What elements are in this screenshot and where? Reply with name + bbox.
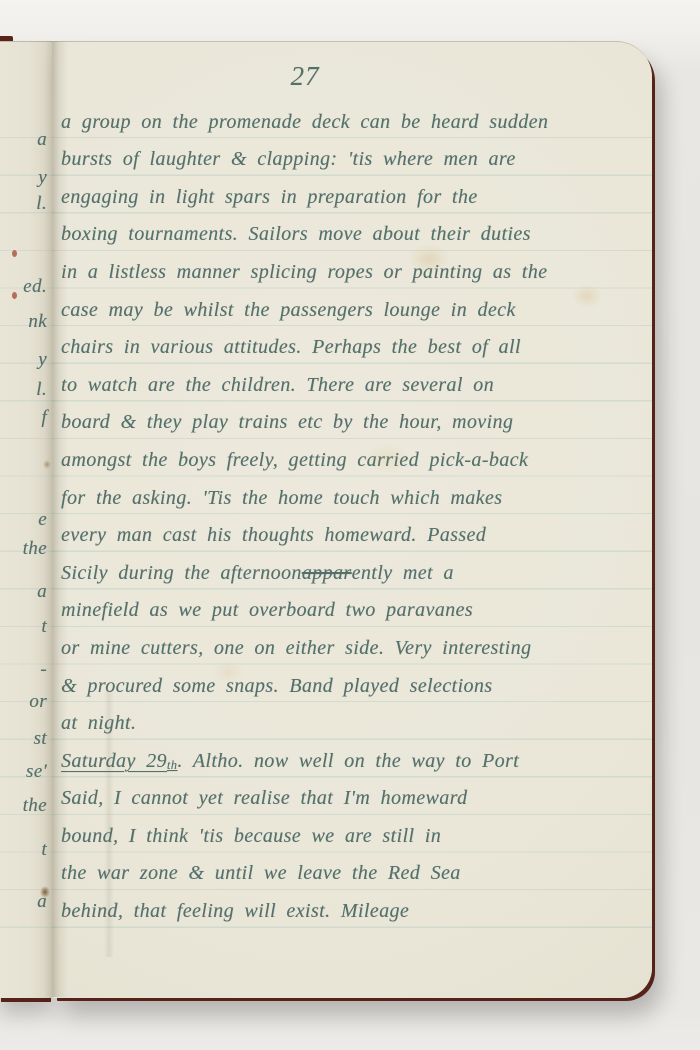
diary-line: for the asking. 'Tis the home touch whic… — [61, 476, 647, 514]
diary-line: board & they play trains etc by the hour… — [61, 401, 647, 439]
diary-line: or mine cutters, one on either side. Ver… — [61, 626, 647, 664]
diary-line-segment: & procured some snaps. Band played selec… — [61, 675, 492, 698]
text-fragment: st — [34, 728, 47, 750]
diary-line-segment: to watch are the children. There are sev… — [61, 374, 494, 397]
diary-line-segment: minefield as we put overboard two parava… — [61, 599, 473, 622]
text-fragment: y — [38, 167, 47, 189]
text-fragment: ed. — [23, 276, 47, 298]
page-number: 27 — [5, 61, 605, 92]
diary-line: amongst the boys freely, getting carried… — [61, 438, 647, 476]
previous-page-edge: ayl.ed.nkyl.fetheat-orstse'theta — [0, 41, 52, 998]
diary-line-segment: bound, I think 'tis because we are still… — [61, 825, 441, 848]
diary-line: Sicily during the afternoon apparently m… — [61, 551, 647, 589]
diary-line-segment: the war zone & until we leave the Red Se… — [61, 862, 461, 885]
text-fragment: se' — [26, 761, 47, 783]
text-fragment: t — [41, 839, 47, 861]
diary-line: every man cast his thoughts homeward. Pa… — [61, 514, 647, 552]
diary-line: bursts of laughter & clapping: 'tis wher… — [61, 138, 647, 176]
diary-line-segment: behind, that feeling will exist. Mileage — [61, 900, 409, 923]
diary-page: 27 a group on the promenade deck can be … — [52, 41, 652, 998]
text-fragment: l. — [36, 379, 47, 401]
diary-line-segment: . Altho. now well on the way to Port — [177, 750, 519, 773]
text-fragment: the — [23, 795, 47, 817]
text-fragment: t — [41, 616, 47, 638]
diary-line-segment: Sicily during the afternoon — [61, 562, 302, 585]
diary-line-segment: or mine cutters, one on either side. Ver… — [61, 637, 531, 660]
text-fragment: l. — [36, 193, 47, 215]
diary-line-segment: every man cast his thoughts homeward. Pa… — [61, 524, 486, 547]
diary-line: engaging in light spars in preparation f… — [61, 175, 647, 213]
diary-line-segment: th — [167, 758, 177, 773]
diary-line: at night. — [61, 702, 647, 740]
text-fragment: e — [38, 509, 47, 531]
diary-line: Saturday 29th. Altho. now well on the wa… — [61, 739, 647, 777]
diary-line-segment: appar — [302, 562, 352, 585]
diary-line: a group on the promenade deck can be hea… — [61, 100, 647, 138]
text-fragment: y — [38, 349, 47, 371]
diary-line-segment: bursts of laughter & clapping: 'tis wher… — [61, 148, 516, 171]
photo-background: ayl.ed.nkyl.fetheat-orstse'theta 27 a gr… — [0, 0, 700, 1050]
text-fragment: nk — [28, 311, 47, 333]
text-fragment: or — [29, 691, 47, 713]
text-fragment: a — [37, 581, 47, 603]
diary-line: behind, that feeling will exist. Mileage — [61, 889, 647, 927]
diary-line-segment: case may be whilst the passengers lounge… — [61, 299, 516, 322]
diary-line: to watch are the children. There are sev… — [61, 363, 647, 401]
diary-line: the war zone & until we leave the Red Se… — [61, 852, 647, 890]
diary-line-segment: in a listless manner splicing ropes or p… — [61, 261, 547, 284]
diary-text: a group on the promenade deck can be hea… — [61, 100, 647, 927]
previous-page-text-fragments: ayl.ed.nkyl.fetheat-orstse'theta — [0, 1, 52, 1001]
diary-line-segment: amongst the boys freely, getting carried… — [61, 449, 528, 472]
diary-line: Said, I cannot yet realise that I'm home… — [61, 777, 647, 815]
diary-line: chairs in various attitudes. Perhaps the… — [61, 326, 647, 364]
text-fragment: the — [23, 538, 47, 560]
text-fragment: a — [37, 891, 47, 913]
diary-line-segment: a group on the promenade deck can be hea… — [61, 111, 548, 134]
diary-line-segment: ently met a — [352, 562, 454, 585]
diary-line-segment: for the asking. 'Tis the home touch whic… — [61, 487, 502, 510]
text-fragment: f — [41, 407, 47, 429]
diary-line-segment: Said, I cannot yet realise that I'm home… — [61, 787, 467, 810]
diary-line: & procured some snaps. Band played selec… — [61, 664, 647, 702]
diary-line-segment: at night. — [61, 712, 136, 735]
diary-line: in a listless manner splicing ropes or p… — [61, 250, 647, 288]
diary-line-segment: chairs in various attitudes. Perhaps the… — [61, 336, 521, 359]
diary-line: bound, I think 'tis because we are still… — [61, 814, 647, 852]
diary-line: case may be whilst the passengers lounge… — [61, 288, 647, 326]
text-fragment: - — [40, 659, 47, 681]
text-fragment: a — [37, 129, 47, 151]
diary-line: boxing tournaments. Sailors move about t… — [61, 213, 647, 251]
diary-line-segment: board & they play trains etc by the hour… — [61, 411, 513, 434]
diary-line-segment: boxing tournaments. Sailors move about t… — [61, 223, 531, 246]
diary-line-segment: Saturday 29 — [61, 750, 167, 773]
diary-line: minefield as we put overboard two parava… — [61, 589, 647, 627]
diary-line-segment: engaging in light spars in preparation f… — [61, 186, 478, 209]
